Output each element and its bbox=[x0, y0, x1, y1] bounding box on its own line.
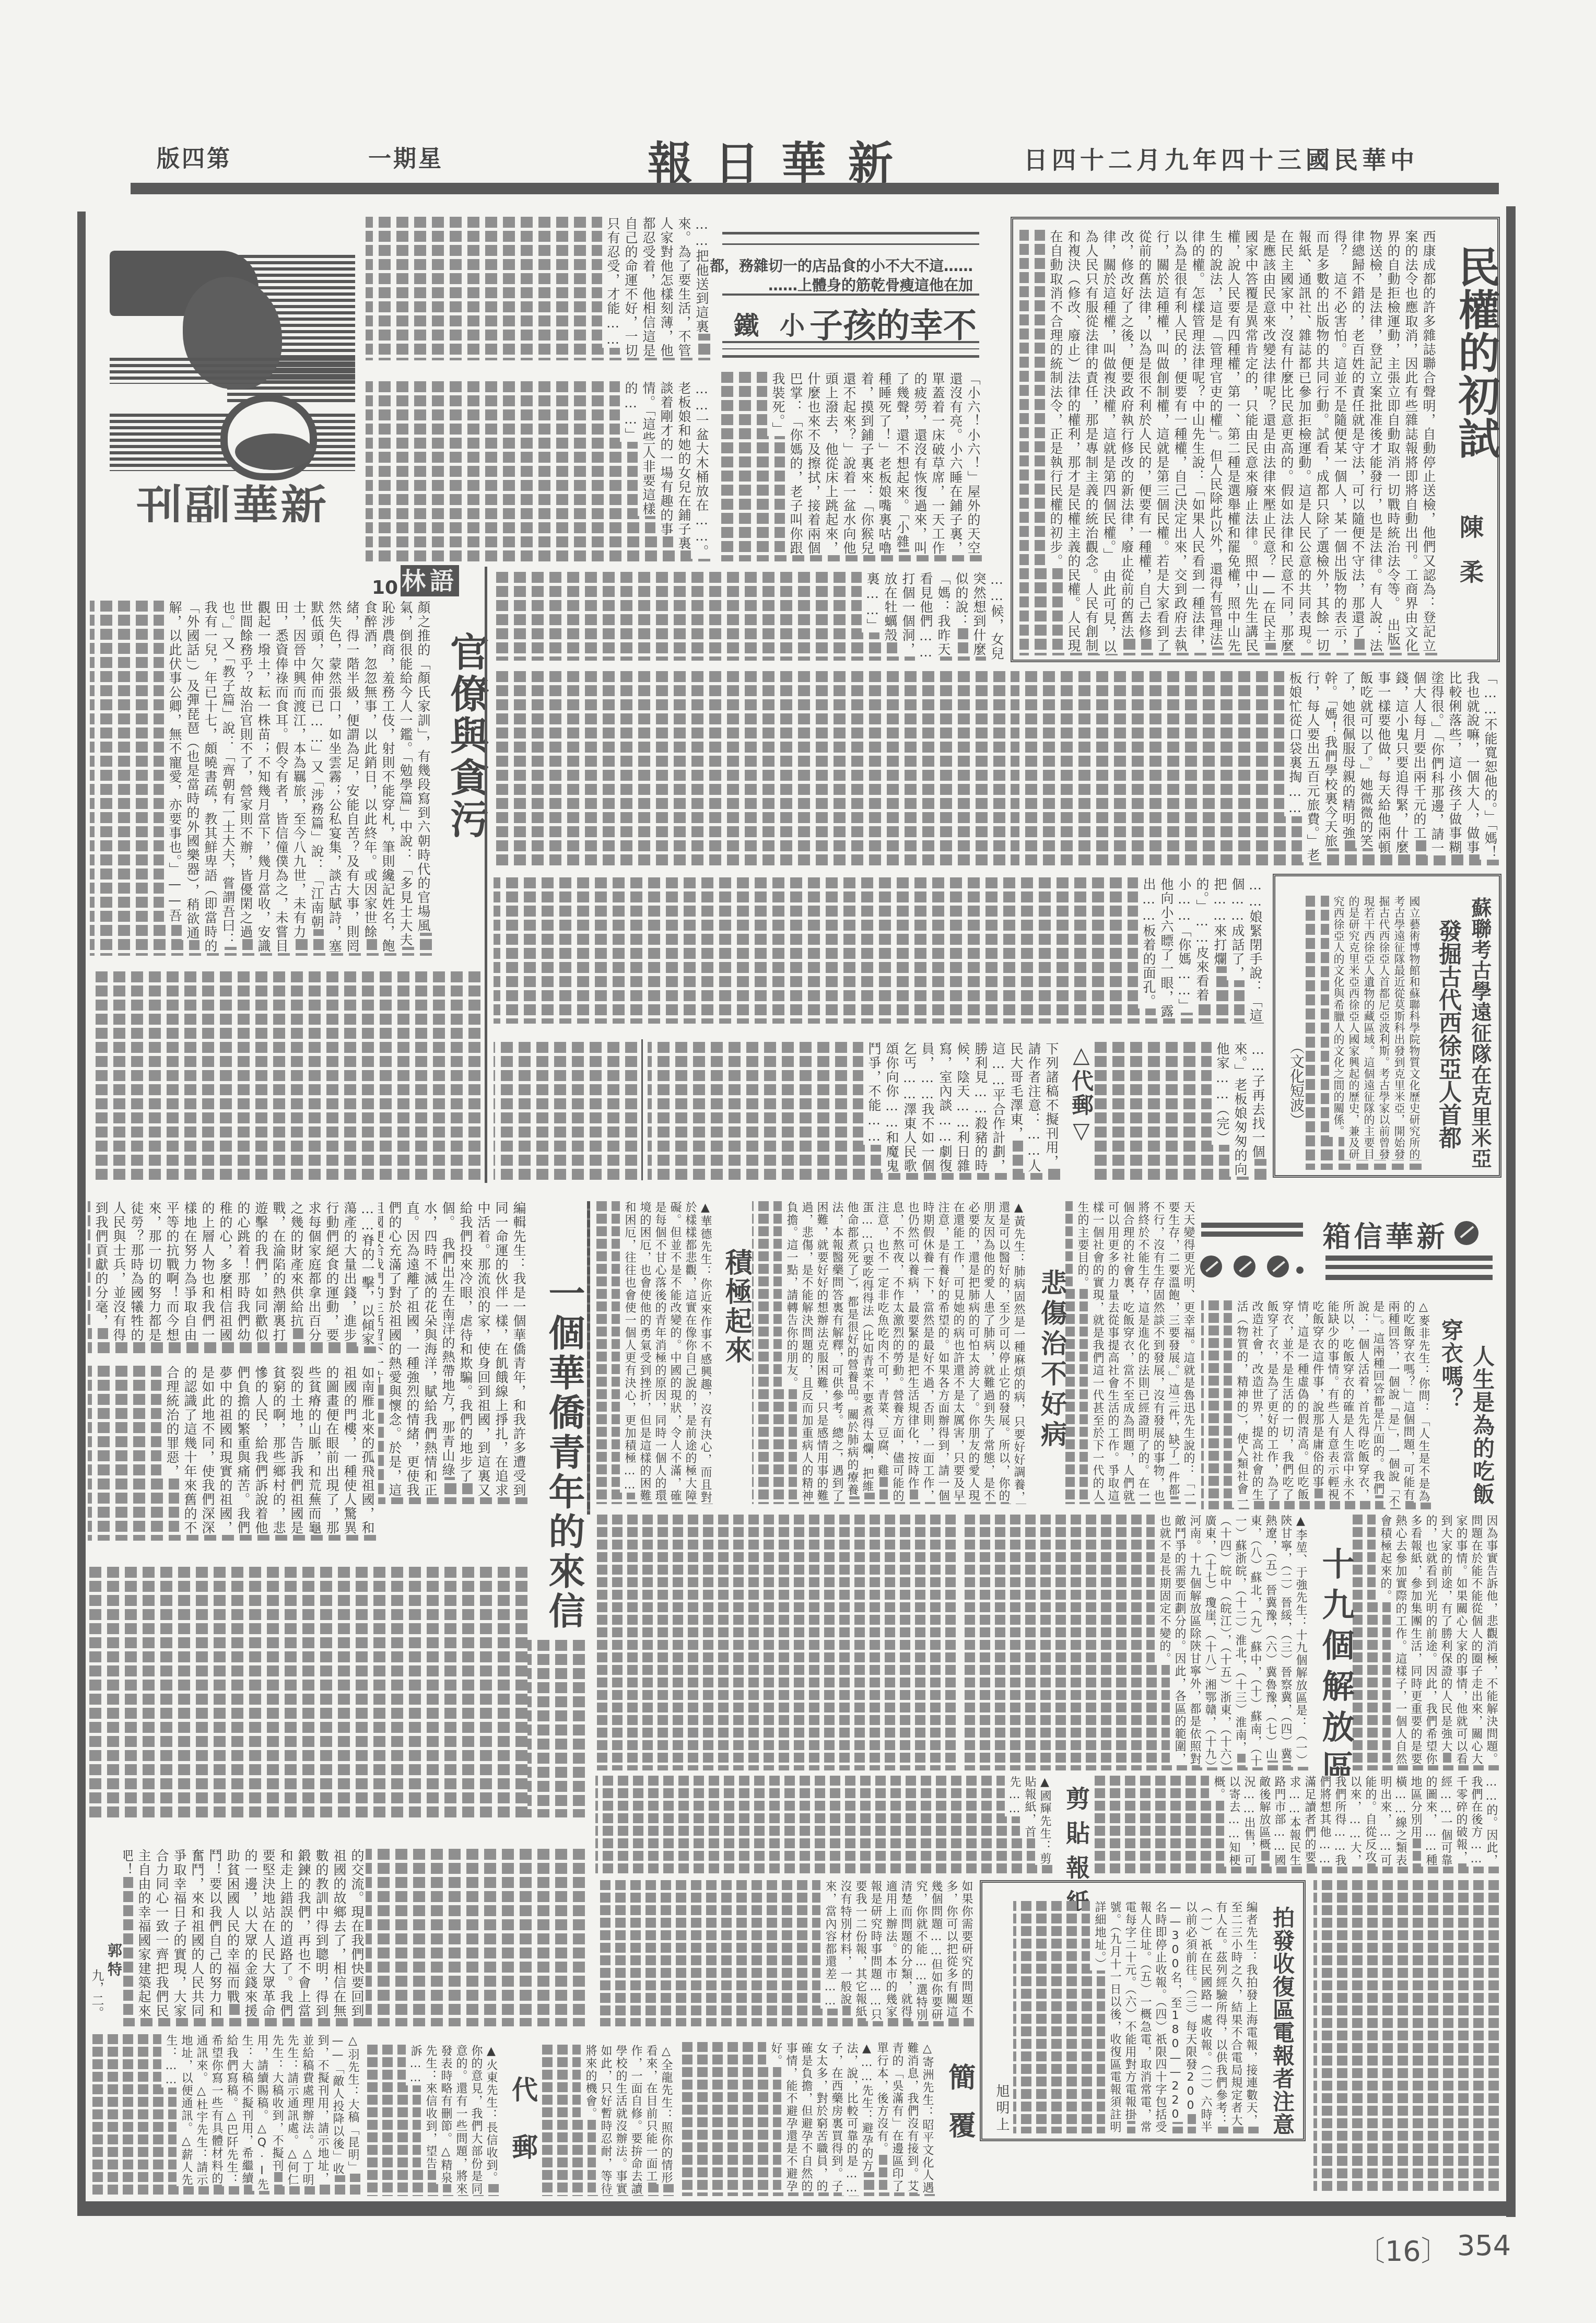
reply-title-jiji: 積極起來 bbox=[717, 1248, 756, 1365]
reply-body-jiji-cont: 因為事實告訴他，悲觀消極，不能解決問題。問題在於能不能從個人的圈子走出來，關心大… bbox=[1353, 1515, 1499, 1770]
story-paragraph: 「……不能寬恕他的。」「媽！我也就說嘛，一個大人，做事比較俐落些，這小孩子做事糊… bbox=[1284, 671, 1499, 862]
reply-body-jiantie: ▲國輝先生：剪貼報紙，首先…… bbox=[595, 1776, 1052, 1875]
reply-paragraph: ▲李堃、于強先生：十九個解放區是：（一）陝甘寧，（二）晉綏，（三）晉察冀，（四）… bbox=[1155, 1515, 1308, 1767]
reply-body-jiantie-cont: 如果你需要研究的問題不多，你可以把從多有關這幾個問題……但如你要研究，你就不能…… bbox=[595, 1880, 974, 2026]
story-header-rule bbox=[722, 232, 979, 234]
frame-left-rule bbox=[77, 212, 86, 2214]
story-header-rule bbox=[722, 243, 979, 245]
notice-paragraph: 編者先生：我拍發上海電報，接連數天，至二三小時之久，結果不合電局規定者大有人在。… bbox=[1090, 1901, 1259, 2133]
woodcut-illustration: 新華副刊 bbox=[110, 245, 355, 522]
story-subtitle-line2: 加在他這瘦骨乾筋的身體上…… bbox=[722, 274, 973, 295]
story-text-block: ……把他送到這裏來。為了要生活，不管人家對他怎樣刻薄，他都忍受着，他相信這是自己… bbox=[366, 217, 710, 360]
illegible-text-block bbox=[494, 1042, 637, 1180]
reply-paragraph: △麥非先生：你問：「人生是不是為的吃飯穿衣嗎？」這個問題，可能有兩種回答，一個說… bbox=[1232, 1300, 1431, 1508]
woodcut-helmet-shadow bbox=[235, 433, 313, 470]
daiyou-paragraph: 下列諸稿不擬刊用，請作者注意：……人民大哥毛澤東，這……平合作計劃，勝利見……殺… bbox=[863, 1042, 1060, 1173]
story-paragraph: ……把他送到這裏來。為了要生活，不管人家對他怎樣刻薄，他都忍受着，他相信這是自己… bbox=[602, 217, 710, 358]
daiyou-lower-right: △全龍先生：照你的情形看來，在目前只能一面工作，一面自修。要拚命去讀學校的生活就… bbox=[538, 2045, 674, 2196]
article-author-minquan: 陳柔 bbox=[1453, 514, 1487, 604]
story-header-rule bbox=[722, 294, 979, 296]
story-end-mark: （完） bbox=[1212, 1102, 1233, 1145]
reply-title-rensheng-line1: 人生是為的吃飯 bbox=[1466, 1345, 1498, 1506]
news-title-line1: 蘇聯考古學遠征隊在克里米亞 bbox=[1465, 897, 1494, 1169]
news-title-line2: 發掘古代西徐亞人首都 bbox=[1431, 919, 1464, 1149]
reply-paragraph: 因為事實告訴他，悲觀消極，不能解決問題。問題在於能不能從個人的圈子走出來，關心大… bbox=[1376, 1515, 1499, 1765]
reply-title-shijiu: 十九個解放區 bbox=[1312, 1547, 1359, 1791]
mailbox-header-bar bbox=[1325, 1265, 1493, 1269]
reply-body-shijiu-cont: ……的。因此，我們在後方……千零碎的破報，經……一個可靠的圖來，……種地區分別用… bbox=[1092, 1776, 1499, 1875]
letter-paragraph: 的交流。現在我們快要回到祖國的故鄉去了，相信在無數的教訓中得到聰明，得到鍛鍊的我… bbox=[123, 1849, 366, 2018]
article-paragraph: 顏之推的「顏氏家訓」，有幾段寫到六朝時代的官場風氣，倒很能給今人一鑑。「勉學篇」… bbox=[164, 601, 432, 953]
illegible-text-block bbox=[494, 671, 1005, 867]
story-title: 不幸的孩子 bbox=[809, 299, 977, 347]
reply-paragraph: ▲華德先生：你近來作事不感興趣，沒有決心，而且對於樣樣都悲觀，這實在像你自己說的… bbox=[620, 1201, 713, 1504]
news-source: （文化短波） bbox=[1286, 1039, 1307, 1127]
column-label-yulin: 語林 bbox=[401, 565, 459, 596]
daiyou-lower-list: △羽先生：大稿「昆明」——「敵人投降以後」收到，不擬刊用，請示地址，並給稿費處理… bbox=[88, 2034, 360, 2196]
mailbox-emblem-icon bbox=[1454, 1221, 1478, 1245]
column-divider bbox=[641, 1039, 643, 1180]
section-label-daiyou-upper: △代郵▽ bbox=[1065, 1042, 1097, 1145]
story-paragraph: 「小六！小六！」屋外的天空還沒有亮。小六睡在鋪子裏，單蓋着一床破草席，一天工作的… bbox=[767, 372, 982, 555]
reply-paragraph: △寄洲先生：昭平文化人遇難消息，我們沒有接到。艾青的「吳滿有」在邊區印了單行本，… bbox=[766, 2042, 935, 2196]
daiyou-paragraph: △全龍先生：照你的情形看來，在目前只能一面工作，一面自修。要拚命去讀學校的生活就… bbox=[581, 2045, 674, 2195]
story-text-block: ……一盆大木桶放在……。老板娘和她的女兒在鋪子裏談着剛才的一場有趣的事情。「這些… bbox=[366, 381, 710, 561]
ornament-circle-icon bbox=[1200, 1256, 1222, 1277]
reply-title-rensheng-line2: 穿衣嗎？ bbox=[1435, 1319, 1466, 1411]
daiyou-paragraph: ▲火東先生：長信收到。你的意見，我們大部份是同意的。還有一些問題，將來發表時略有… bbox=[406, 2045, 499, 2195]
reply-body-rensheng-cont: 天天變得更光明、更幸福。這就是魯迅先生說的：「一要生存，二要溫飽，三要發展。」這… bbox=[1065, 1201, 1196, 1504]
story-header-rule bbox=[722, 341, 979, 343]
woodcut-band-stripes bbox=[110, 358, 355, 384]
story-subtitle-line1: ……這不大不小的食品店的一切雜務，都 bbox=[722, 255, 973, 276]
illegible-text-block bbox=[366, 1849, 585, 2026]
story-text-block: ……子再去找一個來。」老板娘匆匆的向他家……（完） bbox=[1094, 1042, 1266, 1180]
letter-paragraph: 編輯先生：我是一個華僑青年，和我許多遭受到同一命運的伙伴一樣，在飢餓線上掙扎，在… bbox=[378, 1201, 527, 1497]
story-author: 小鐵 bbox=[734, 306, 826, 342]
daiyou-upper-list: 下列諸稿不擬刊用，請作者注意：……人民大哥毛澤東，這……平合作計劃，勝利見……殺… bbox=[648, 1042, 1060, 1180]
mailbox-header-bar bbox=[1201, 1231, 1303, 1237]
reply-paragraph: 天天變得更光明、更幸福。這就是魯迅先生說的：「一要生存，二要溫飽，三要發展。」這… bbox=[1073, 1201, 1196, 1502]
ornament-circle-icon bbox=[1234, 1256, 1255, 1277]
frame-right-rule bbox=[1506, 206, 1516, 2217]
frame-bottom-rule bbox=[77, 2201, 1516, 2216]
story-text-block: ……娘緊閉手說：「這個……成話了，把……來打爛的。」……皮來看着小……「你媽……… bbox=[494, 877, 1264, 1024]
volume-reference: 〔16〕 bbox=[1357, 2229, 1449, 2269]
reply-paragraph: ▲國輝先生：剪貼報紙，首先…… bbox=[1005, 1776, 1052, 1865]
reply-body-rensheng: △麥非先生：你問：「人生是不是為的吃飯穿衣嗎？」這個問題，可能有兩種回答，一個說… bbox=[1201, 1300, 1431, 1509]
letter-body: ……脊的一擊，以傾家蕩產的大量出錢，進步行動們絕食的運動，要求每個家庭都拿出百分… bbox=[88, 1201, 376, 1355]
letter-signature: 郭特 bbox=[103, 1943, 124, 1980]
column-number: 10 bbox=[372, 577, 398, 599]
story-paragraph: ……娘緊閉手說：「這個……成話了，把……來打爛的。」……皮來看着小……「你媽……… bbox=[1138, 877, 1264, 1023]
ornament-circle-icon bbox=[1267, 1256, 1289, 1277]
story-paragraph: ……一盆大木桶放在……。老板娘和她的女兒在鋪子裏談着剛才的一場有趣的事情。「這些… bbox=[620, 381, 710, 559]
story-text-block: ……候，女兒突然想到什麼似的說：「媽：我昨天看見他們……打個一個洞，放在牡蠣殼裏… bbox=[494, 572, 1005, 661]
letter-date: 九，二。 bbox=[88, 1969, 106, 2019]
notice-title-telegram: 拍發收復區電報者注意 bbox=[1266, 1906, 1298, 2136]
story-header-rule bbox=[722, 348, 979, 349]
ornament-dot-icon bbox=[1296, 1266, 1304, 1274]
illegible-text-block bbox=[527, 1640, 585, 1817]
reply-title-jianfu: 簡覆 bbox=[940, 2063, 979, 2159]
article-body-guanliao: 顏之推的「顏氏家訓」，有幾段寫到六朝時代的官場風氣，倒很能給今人一鑑。「勉學篇」… bbox=[90, 601, 432, 956]
reply-title-beishang: 悲傷治不好病 bbox=[1033, 1269, 1071, 1451]
article-title-minquan: 民權的初試 bbox=[1446, 245, 1506, 460]
weekday-label: 星期一 bbox=[368, 140, 443, 173]
illegible-text-block bbox=[595, 1515, 956, 1770]
story-paragraph: ……候，女兒突然想到什麼似的說：「媽：我昨天看見他們……打個一個洞，放在牡蠣殼裏… bbox=[862, 572, 1005, 661]
letter-paragraph: ……脊的一擊，以傾家蕩產的大量出錢，進步行動們絕食的運動，要求每個家庭都拿出百分… bbox=[90, 1201, 376, 1346]
letter-body: 的交流。現在我們快要回到祖國的故鄉去了，相信在無數的教訓中得到聰明，得到鍛鍊的我… bbox=[123, 1849, 366, 2026]
reply-paragraph: ▲黃先生：肺病固然是一種麻煩的病，只要好好調養，還是可以醫好的，至少可以停止它的… bbox=[782, 1201, 1026, 1504]
page-number: 354 bbox=[1457, 2229, 1511, 2262]
notice-signature: 旭明上 bbox=[992, 2084, 1012, 2134]
story-text-block: 「……不能寬恕他的。」「媽！我也就說嘛，一個大人，做事比較俐落些，這小孩子做事糊… bbox=[1011, 671, 1499, 867]
letter-body: 如南雁北來的孤飛祖國，和祖國的門樓，一種使人驚異的圖畫便在眼前出現了，那些貧瘠的… bbox=[88, 1366, 376, 1541]
illegible-text-block bbox=[1313, 1880, 1499, 2193]
daiyou-paragraph: △羽先生：大稿「昆明」——「敵人投降以後」收到，不擬刊用，請示地址，並給稿費處理… bbox=[161, 2034, 360, 2191]
reply-body-jianfu: △寄洲先生：昭平文化人遇難消息，我們沒有接到。艾青的「吳滿有」在邊區印了單行本，… bbox=[679, 2042, 935, 2196]
reply-paragraph: ……的。因此，我們在後方……千零碎的破報，經……一個可靠的圖來，……種地區分別用… bbox=[1209, 1776, 1499, 1867]
illegible-text-block bbox=[88, 1567, 527, 1817]
issue-date: 中華民國三十四年九月二十四日 bbox=[1024, 141, 1418, 175]
story-header-rule bbox=[722, 355, 979, 358]
mailbox-header-bar bbox=[1201, 1223, 1303, 1228]
edition-label: 第四版 bbox=[157, 140, 232, 173]
mailbox-header-title: 新華信箱 bbox=[1321, 1215, 1449, 1255]
letter-body: 編輯先生：我是一個華僑青年，和我許多遭受到同一命運的伙伴一樣，在飢餓線上掙扎，在… bbox=[378, 1201, 527, 1504]
mailbox-header-bar bbox=[1325, 1256, 1493, 1261]
reply-body-beishang: ▲黃先生：肺病固然是一種麻煩的病，只要好好調養，還是可以醫好的，至少可以停止它的… bbox=[752, 1201, 1026, 1504]
reply-body-shijiu: ▲李堃、于強先生：十九個解放區是：（一）陝甘寧，（二）晉綏，（三）晉察冀，（四）… bbox=[961, 1515, 1308, 1770]
section-label-daiyou-lower: 代郵 bbox=[504, 2076, 542, 2191]
story-text-block: 「小六！小六！」屋外的天空還沒有亮。小六睡在鋪子裏，單蓋着一床破草席，一天工作的… bbox=[721, 372, 982, 561]
letter-title: 一個華僑青年的來信 bbox=[538, 1274, 591, 1632]
illegible-text-block bbox=[90, 971, 480, 1183]
column-divider bbox=[485, 567, 487, 1183]
reply-body-jiji: ▲華德先生：你近來作事不感興趣，沒有決心，而且對於樣樣都悲觀，這實在像你自己說的… bbox=[595, 1201, 713, 1504]
daiyou-lower-left: ▲火東先生：長信收到。你的意見，我們大部份是同意的。還有一些問題，將來發表時略有… bbox=[366, 2045, 499, 2196]
news-paragraph: 國立藝術博物館和蘇聯科學院物質文化歷史研究所的考古學遠征隊最近從莫斯科出發到克里… bbox=[1329, 896, 1422, 1160]
masthead-rule bbox=[131, 183, 1499, 194]
woodcut-caption: 新華副刊 bbox=[110, 471, 355, 522]
reply-paragraph: 如果你需要研究的問題不多，你可以把從多有關這幾個問題……但如你要研究，你就不能…… bbox=[820, 1880, 974, 2021]
letter-paragraph: 如南雁北來的孤飛祖國，和祖國的門樓，一種使人驚異的圖畫便在眼前出現了，那些貧瘠的… bbox=[161, 1366, 376, 1535]
news-body-sulian: 國立藝術博物館和蘇聯科學院物質文化歷史研究所的考古學遠征隊最近從莫斯科出發到克里… bbox=[1306, 896, 1422, 1170]
article-paragraph: 西康成都的許多雜誌聯合聲明，自動停止送檢，他們又認為：登記立案的法令也應取消，因… bbox=[1045, 230, 1437, 654]
mailbox-header-bar bbox=[1325, 1275, 1493, 1280]
article-body-minquan: 西康成都的許多雜誌聯合聲明，自動停止送檢，他們又認為：登記立案的法令也應取消，因… bbox=[1019, 230, 1437, 655]
notice-body-telegram: 編者先生：我拍發上海電報，接連數天，至二三小時之久，結果不合電局規定者大有人在。… bbox=[1013, 1901, 1259, 2133]
